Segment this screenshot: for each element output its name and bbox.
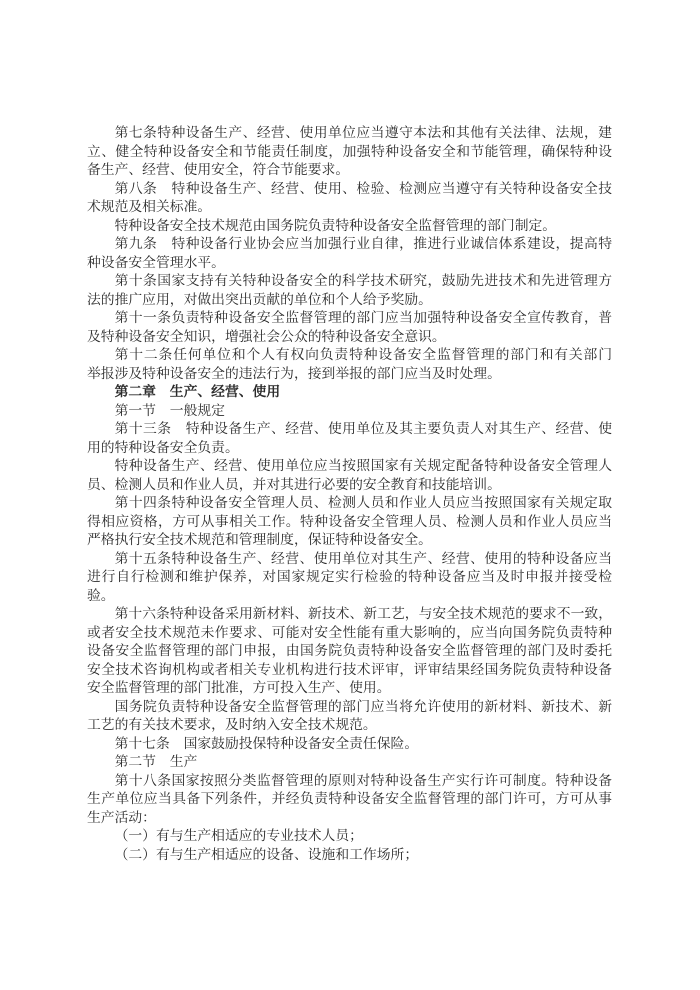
paragraph-line: 得相应资格，方可从事相关工作。特种设备安全管理人员、检测人员和作业人员应当 — [87, 513, 612, 532]
paragraph-line: 或者安全技术规范未作要求、可能对安全性能有重大影响的，应当向国务院负责特种 — [87, 624, 612, 643]
paragraph-line: 第七条特种设备生产、经营、使用单位应当遵守本法和其他有关法律、法规，建 — [87, 124, 612, 143]
list-item-line: （一）有与生产相适应的专业技术人员； — [87, 827, 612, 846]
section-heading: 第一节 一般规定 — [87, 402, 612, 421]
paragraph-line: 法的推广应用，对做出突出贡献的单位和个人给予奖励。 — [87, 291, 612, 310]
paragraph-line: 第十四条特种设备安全管理人员、检测人员和作业人员应当按照国家有关规定取 — [87, 494, 612, 513]
paragraph-line: 特种设备安全技术规范由国务院负责特种设备安全监督管理的部门制定。 — [87, 217, 612, 236]
paragraph-line: 第十二条任何单位和个人有权向负责特种设备安全监督管理的部门和有关部门 — [87, 346, 612, 365]
paragraph-line: 生产单位应当具备下列条件，并经负责特种设备安全监督管理的部门许可，方可从事 — [87, 790, 612, 809]
document-body: 第七条特种设备生产、经营、使用单位应当遵守本法和其他有关法律、法规，建立、健全特… — [87, 124, 612, 864]
paragraph-line: 工艺的有关技术要求，及时纳入安全技术规范。 — [87, 716, 612, 735]
paragraph-line: 第十三条 特种设备生产、经营、使用单位及其主要负责人对其生产、经营、使 — [87, 420, 612, 439]
paragraph-line: 第八条 特种设备生产、经营、使用、检验、检测应当遵守有关特种设备安全技 — [87, 180, 612, 199]
paragraph-line: 验。 — [87, 587, 612, 606]
paragraph-line: 第十五条特种设备生产、经营、使用单位对其生产、经营、使用的特种设备应当 — [87, 550, 612, 569]
paragraph-line: 用的特种设备安全负责。 — [87, 439, 612, 458]
list-item-line: （二）有与生产相适应的设备、设施和工作场所； — [87, 846, 612, 865]
paragraph-line: 第十六条特种设备采用新材料、新技术、新工艺，与安全技术规范的要求不一致， — [87, 605, 612, 624]
paragraph-line: 术规范及相关标准。 — [87, 198, 612, 217]
paragraph-line: 生产活动： — [87, 809, 612, 828]
paragraph-line: 第十八条国家按照分类监督管理的原则对特种设备生产实行许可制度。特种设备 — [87, 772, 612, 791]
paragraph-line: 安全技术咨询机构或者相关专业机构进行技术评审，评审结果经国务院负责特种设备 — [87, 661, 612, 680]
paragraph-line: 严格执行安全技术规范和管理制度，保证特种设备安全。 — [87, 531, 612, 550]
paragraph-line: 第九条 特种设备行业协会应当加强行业自律，推进行业诚信体系建设，提高特 — [87, 235, 612, 254]
paragraph-line: 特种设备生产、经营、使用单位应当按照国家有关规定配备特种设备安全管理人 — [87, 457, 612, 476]
paragraph-line: 第十七条 国家鼓励投保特种设备安全责任保险。 — [87, 735, 612, 754]
document-page: 第七条特种设备生产、经营、使用单位应当遵守本法和其他有关法律、法规，建立、健全特… — [0, 0, 700, 990]
paragraph-line: 设备安全监督管理的部门申报，由国务院负责特种设备安全监督管理的部门及时委托 — [87, 642, 612, 661]
paragraph-line: 第十条国家支持有关特种设备安全的科学技术研究，鼓励先进技术和先进管理方 — [87, 272, 612, 291]
section-heading: 第二节 生产 — [87, 753, 612, 772]
paragraph-line: 进行自行检测和维护保养，对国家规定实行检验的特种设备应当及时申报并接受检 — [87, 568, 612, 587]
paragraph-line: 第十一条负责特种设备安全监督管理的部门应当加强特种设备安全宣传教育，普 — [87, 309, 612, 328]
paragraph-line: 举报涉及特种设备安全的违法行为，接到举报的部门应当及时处理。 — [87, 365, 612, 384]
paragraph-line: 种设备安全管理水平。 — [87, 254, 612, 273]
paragraph-line: 安全监督管理的部门批准，方可投入生产、使用。 — [87, 679, 612, 698]
paragraph-line: 立、健全特种设备安全和节能责任制度，加强特种设备安全和节能管理，确保特种设 — [87, 143, 612, 162]
paragraph-line: 员、检测人员和作业人员，并对其进行必要的安全教育和技能培训。 — [87, 476, 612, 495]
paragraph-line: 备生产、经营、使用安全，符合节能要求。 — [87, 161, 612, 180]
paragraph-line: 国务院负责特种设备安全监督管理的部门应当将允许使用的新材料、新技术、新 — [87, 698, 612, 717]
chapter-heading: 第二章 生产、经营、使用 — [87, 383, 612, 402]
paragraph-line: 及特种设备安全知识，增强社会公众的特种设备安全意识。 — [87, 328, 612, 347]
